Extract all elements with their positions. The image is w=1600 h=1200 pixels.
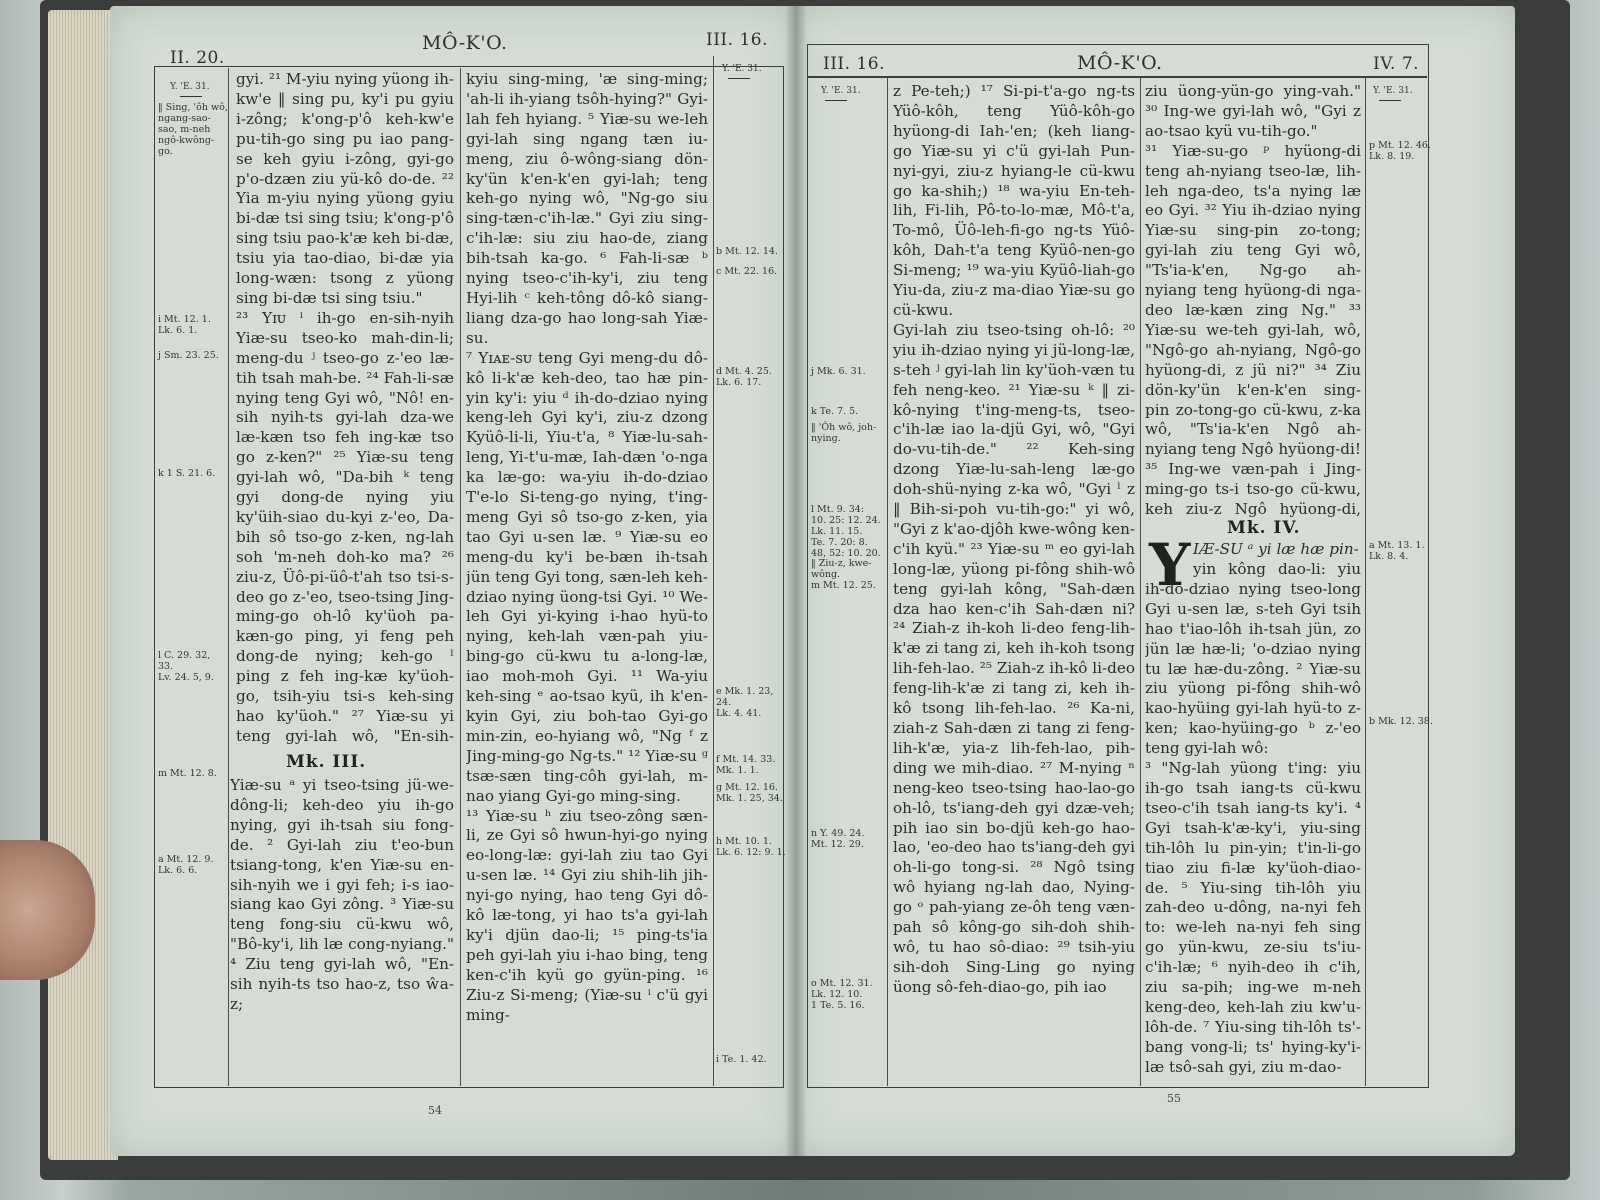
margin-label: Y. 'E. 31. (722, 64, 762, 74)
right-page-column-2-continued: yin kông dao-li: yiu ih-do-dziao nying t… (1145, 560, 1361, 1080)
cross-reference: p Mt. 12. 46. Lk. 8. 19. (1369, 140, 1439, 162)
left-page: II. 20. MÔ-K'O. III. 16. Y. 'E. 31. ‖ Si… (110, 6, 795, 1156)
cross-reference: e Mk. 1. 23, 24. Lk. 4. 41. (716, 686, 786, 719)
cross-reference: j Mk. 6. 31. (811, 366, 881, 377)
divider (728, 78, 750, 79)
margin-note: ‖ Ziu-z, kwe-wông. (811, 558, 881, 580)
cross-reference: i Te. 1. 42. (716, 1054, 786, 1065)
chapter-opening-line: IÆ-SU ᵃ yi læ hæ pin- (1193, 540, 1361, 560)
left-margin-references: ‖ Sing, 'ôh wô, ngang-sao-sao, m-neh ngô… (158, 102, 228, 1062)
cross-reference: m Mt. 12. 25. (811, 580, 881, 591)
cross-reference: a Mt. 13. 1. Lk. 8. 4. (1369, 540, 1439, 562)
chapter-heading-mk-iii: Mk. III. (286, 752, 366, 772)
divider (180, 96, 202, 97)
margin-note: ‖ 'Ôh wô, joh-nying. (811, 422, 881, 444)
page-number: 54 (428, 1104, 442, 1117)
cross-reference: k Te. 7. 5. (811, 406, 881, 417)
header-rule (807, 76, 1427, 78)
cross-reference: k 1 S. 21. 6. (158, 468, 228, 479)
left-header-ref-start: II. 20. (170, 48, 225, 68)
cross-reference: l C. 29. 32, 33. Lv. 24. 5, 9. (158, 650, 228, 683)
cross-reference: i Mt. 12. 1. Lk. 6. 1. (158, 314, 228, 336)
margin-label: Y. 'E. 31. (170, 82, 210, 92)
column-rule (1140, 78, 1141, 1086)
divider (825, 100, 847, 101)
cross-reference: g Mt. 12. 16. Mk. 1. 25, 34. (716, 782, 786, 804)
margin-rule (887, 78, 888, 1086)
cross-reference: m Mt. 12. 8. (158, 768, 228, 779)
cross-reference: f Mt. 14. 33. Mk. 1. 1. (716, 754, 786, 776)
book-gutter (785, 6, 807, 1156)
left-header-title: MÔ-K'O. (422, 32, 508, 54)
cross-reference: j Sm. 23. 25. (158, 350, 228, 361)
right-margin-references: p Mt. 12. 46. Lk. 8. 19. a Mt. 13. 1. Lk… (1369, 140, 1443, 940)
cross-reference: l Mt. 9. 34: 10. 25: 12. 24. Lk. 11. 15.… (811, 504, 881, 559)
margin-rule (713, 56, 714, 1086)
cross-reference: h Mt. 10. 1. Lk. 6. 12: 9. 1. (716, 836, 786, 858)
cross-reference: o Mt. 12. 31. Lk. 12. 10. 1 Te. 5. 16. (811, 978, 881, 1011)
margin-note: ‖ Sing, 'ôh wô, ngang-sao-sao, m-neh ngô… (158, 102, 228, 157)
right-page: III. 16. MÔ-K'O. IV. 7. Y. 'E. 31. j Mk.… (795, 6, 1515, 1156)
chapter-heading-mk-iv: Mk. IV. (1227, 518, 1301, 538)
divider (1379, 100, 1401, 101)
right-page-column-2: ziu üong-yün-go ying-vah." ³⁰ Ing-we gyi… (1145, 82, 1361, 518)
cross-reference: n Y. 49. 24. Mt. 12. 29. (811, 828, 881, 850)
cross-reference: d Mt. 4. 25. Lk. 6. 17. (716, 366, 786, 388)
page-edges (48, 10, 118, 1160)
left-page-column-2: kyiu sing-ming, 'æ sing-ming; 'ah-li ih-… (466, 70, 708, 1080)
margin-label: Y. 'E. 31. (1373, 86, 1413, 96)
left-page-column-1: gyi. ²¹ M-yiu nying yüong ih-kw'e ‖ sing… (236, 70, 454, 750)
margin-rule (228, 68, 229, 1086)
cross-reference: a Mt. 12. 9. Lk. 6. 6. (158, 854, 228, 876)
right-margin-references: b Mt. 12. 14. c Mt. 22. 16. d Mt. 4. 25.… (716, 246, 786, 1066)
cross-reference: b Mt. 12. 14. (716, 246, 786, 257)
right-page-column-1: z Pe-teh;) ¹⁷ Si-pi-t'a-go ng-ts Yüô-kôh… (893, 82, 1135, 1082)
left-page-column-1-continued: Yiæ-su ᵃ yi tseo-tsing jü-we-dông-li; ke… (230, 776, 454, 1081)
left-header-ref-end: III. 16. (706, 30, 768, 50)
column-rule (460, 68, 461, 1086)
margin-label: Y. 'E. 31. (821, 86, 861, 96)
margin-rule (1365, 78, 1366, 1086)
cross-reference: b Mk. 12. 38. (1369, 716, 1439, 727)
page-number: 55 (1167, 1092, 1181, 1105)
left-margin-references: j Mk. 6. 31. k Te. 7. 5. ‖ 'Ôh wô, joh-n… (811, 366, 885, 1066)
cross-reference: c Mt. 22. 16. (716, 266, 786, 277)
